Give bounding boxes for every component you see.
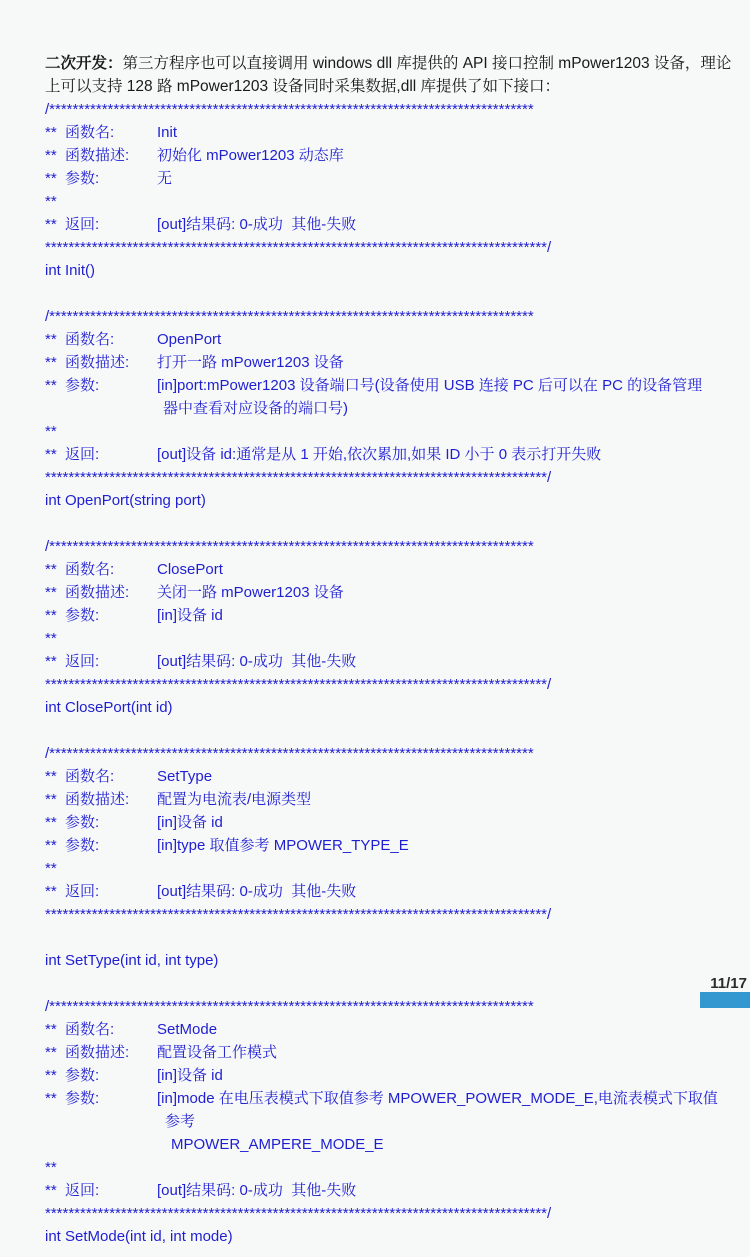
code-value: [in]type 取值参考 MPOWER_TYPE_E <box>157 837 409 854</box>
blank-line <box>45 719 736 742</box>
code-line-openport: ** 函数描述:打开一路 mPower1203 设备 <box>45 351 736 374</box>
blank-line <box>45 926 736 949</box>
code-value: ClosePort <box>157 561 223 578</box>
code-label: ** 返回: <box>45 1179 157 1202</box>
code-label: ** 参数: <box>45 167 157 190</box>
code-line-init: ** 返回:[out]结果码: 0-成功 其他-失败 <box>45 213 736 236</box>
code-value: 配置设备工作模式 <box>157 1044 277 1061</box>
code-label: ** 函数名: <box>45 765 157 788</box>
intro-paragraph: 二次开发：第三方程序也可以直接调用 windows dll 库提供的 API 接… <box>45 52 736 98</box>
blank-line <box>45 972 736 995</box>
intro-text: 第三方程序也可以直接调用 windows dll 库提供的 API 接口控制 m… <box>45 55 731 95</box>
code-value: [in]设备 id <box>157 1067 223 1084</box>
blank-line <box>45 512 736 535</box>
code-line-setmode: ** 参数:[in]mode 在电压表模式下取值参考 MPOWER_POWER_… <box>45 1087 736 1110</box>
code-line-settype: ** <box>45 857 736 880</box>
page-number: 11/17 <box>710 975 747 993</box>
code-line-openport: ** 返回:[out]设备 id:通常是从 1 开始,依次累加,如果 ID 小于… <box>45 443 736 466</box>
code-value: [out]结果码: 0-成功 其他-失败 <box>157 883 356 900</box>
code-value: MPOWER_AMPERE_MODE_E <box>157 1136 384 1153</box>
code-label: ** 返回: <box>45 650 157 673</box>
code-label: ** <box>45 190 157 213</box>
function-signature: int OpenPort(string port) <box>45 489 736 512</box>
code-label: ** 参数: <box>45 811 157 834</box>
code-label: ** <box>45 1156 157 1179</box>
code-line-openport: ** 函数名:OpenPort <box>45 328 736 351</box>
code-label: ** <box>45 857 157 880</box>
code-label: ** <box>45 627 157 650</box>
function-signature: int SetMode(int id, int mode) <box>45 1225 736 1248</box>
comment-open-line: /***************************************… <box>45 995 736 1018</box>
comment-open-line: /***************************************… <box>45 742 736 765</box>
code-label: ** 函数名: <box>45 1018 157 1041</box>
code-value: Init <box>157 124 177 141</box>
code-line-closeport: ** 函数名:ClosePort <box>45 558 736 581</box>
code-label: ** 参数: <box>45 1087 157 1110</box>
code-value: [in]设备 id <box>157 607 223 624</box>
code-line-init: ** 函数描述:初始化 mPower1203 动态库 <box>45 144 736 167</box>
code-label: ** 函数描述: <box>45 144 157 167</box>
code-value: 初始化 mPower1203 动态库 <box>157 147 344 164</box>
intro-lead: 二次开发： <box>45 55 123 72</box>
api-code-blocks: /***************************************… <box>45 98 736 1248</box>
code-label: ** 参数: <box>45 374 157 397</box>
code-line-openport: ** 参数:[in]port:mPower1203 设备端口号(设备使用 USB… <box>45 374 736 397</box>
code-line-settype: ** 返回:[out]结果码: 0-成功 其他-失败 <box>45 880 736 903</box>
function-signature: int Init() <box>45 259 736 282</box>
document-content: 二次开发：第三方程序也可以直接调用 windows dll 库提供的 API 接… <box>45 52 736 1248</box>
code-label: ** 函数描述: <box>45 788 157 811</box>
code-label: ** 函数描述: <box>45 351 157 374</box>
code-line-openport: 器中查看对应设备的端口号) <box>45 397 736 420</box>
code-line-setmode: ** <box>45 1156 736 1179</box>
code-label: ** 返回: <box>45 443 157 466</box>
code-line-init: ** 参数:无 <box>45 167 736 190</box>
code-line-closeport: ** 参数:[in]设备 id <box>45 604 736 627</box>
code-value: 关闭一路 mPower1203 设备 <box>157 584 344 601</box>
code-label: ** 函数名: <box>45 328 157 351</box>
blank-line <box>45 282 736 305</box>
comment-open-line: /***************************************… <box>45 98 736 121</box>
comment-close-line: ****************************************… <box>45 903 736 926</box>
code-line-settype: ** 函数描述:配置为电流表/电源类型 <box>45 788 736 811</box>
code-line-setmode: ** 参数:[in]设备 id <box>45 1064 736 1087</box>
comment-open-line: /***************************************… <box>45 305 736 328</box>
code-line-settype: ** 函数名:SetType <box>45 765 736 788</box>
code-value: [out]设备 id:通常是从 1 开始,依次累加,如果 ID 小于 0 表示打… <box>157 446 601 463</box>
code-line-setmode: ** 返回:[out]结果码: 0-成功 其他-失败 <box>45 1179 736 1202</box>
function-signature: int ClosePort(int id) <box>45 696 736 719</box>
comment-close-line: ****************************************… <box>45 236 736 259</box>
code-line-closeport: ** <box>45 627 736 650</box>
code-label: ** 返回: <box>45 880 157 903</box>
code-value: [in]设备 id <box>157 814 223 831</box>
code-line-closeport: ** 函数描述:关闭一路 mPower1203 设备 <box>45 581 736 604</box>
code-label: ** 参数: <box>45 1064 157 1087</box>
code-line-setmode: ** 函数名:SetMode <box>45 1018 736 1041</box>
code-value: 配置为电流表/电源类型 <box>157 791 311 808</box>
code-label: ** 参数: <box>45 834 157 857</box>
code-value: SetType <box>157 768 212 785</box>
code-line-init: ** <box>45 190 736 213</box>
comment-close-line: ****************************************… <box>45 1202 736 1225</box>
page-indicator-bar[interactable] <box>700 992 750 1008</box>
code-line-settype: ** 参数:[in]type 取值参考 MPOWER_TYPE_E <box>45 834 736 857</box>
code-label: ** 函数描述: <box>45 1041 157 1064</box>
code-line-setmode: ** 函数描述:配置设备工作模式 <box>45 1041 736 1064</box>
code-label: ** 参数: <box>45 604 157 627</box>
code-label: ** 函数名: <box>45 121 157 144</box>
code-value: OpenPort <box>157 331 221 348</box>
code-value: [out]结果码: 0-成功 其他-失败 <box>157 653 356 670</box>
code-value: [out]结果码: 0-成功 其他-失败 <box>157 216 356 233</box>
code-value: [in]mode 在电压表模式下取值参考 MPOWER_POWER_MODE_E… <box>157 1090 718 1107</box>
code-line-setmode: MPOWER_AMPERE_MODE_E <box>45 1133 736 1156</box>
code-line-closeport: ** 返回:[out]结果码: 0-成功 其他-失败 <box>45 650 736 673</box>
code-line-init: ** 函数名:Init <box>45 121 736 144</box>
code-value: [out]结果码: 0-成功 其他-失败 <box>157 1182 356 1199</box>
code-label: ** 函数描述: <box>45 581 157 604</box>
comment-close-line: ****************************************… <box>45 466 736 489</box>
code-value: SetMode <box>157 1021 217 1038</box>
code-value: 器中查看对应设备的端口号) <box>157 400 348 417</box>
code-label: ** <box>45 420 157 443</box>
code-value: 打开一路 mPower1203 设备 <box>157 354 344 371</box>
function-signature: int SetType(int id, int type) <box>45 949 736 972</box>
code-line-openport: ** <box>45 420 736 443</box>
code-label: ** 函数名: <box>45 558 157 581</box>
code-value: 无 <box>157 170 172 187</box>
comment-close-line: ****************************************… <box>45 673 736 696</box>
code-line-settype: ** 参数:[in]设备 id <box>45 811 736 834</box>
code-line-setmode: 参考 <box>45 1110 736 1133</box>
code-value: [in]port:mPower1203 设备端口号(设备使用 USB 连接 PC… <box>157 377 702 394</box>
comment-open-line: /***************************************… <box>45 535 736 558</box>
code-label: ** 返回: <box>45 213 157 236</box>
code-value: 参考 <box>157 1113 195 1130</box>
